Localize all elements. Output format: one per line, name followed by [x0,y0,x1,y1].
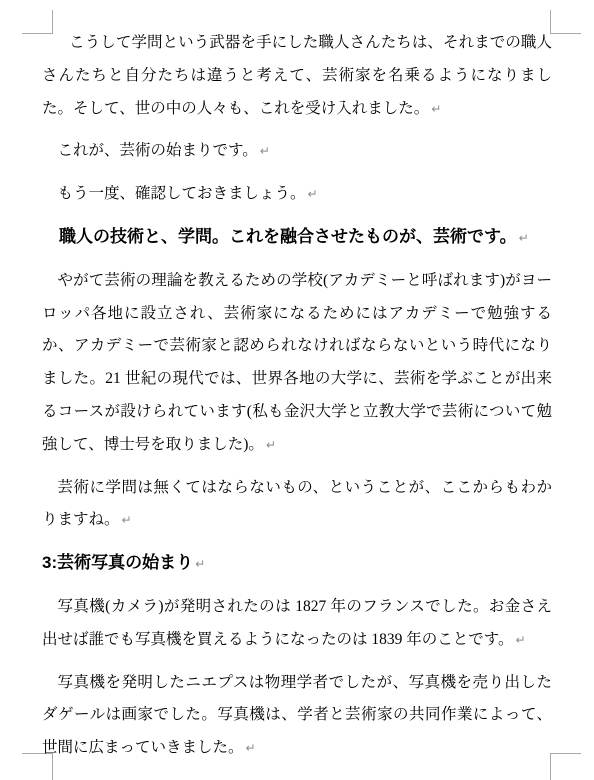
paragraph-text: 写真機(カメラ)が発明されたのは 1827 年のフランスでした。お金さえ出せば誰… [42,598,552,648]
section-heading-text: 3:芸術写真の始まり [42,553,193,572]
paragraph: 写真機を発明したニエプスは物理学者でしたが、写真機を売り出したダゲールは画家でし… [42,667,552,765]
text-body: こうして学問という武器を手にした職人さんたちは、それまでの職人さんたちと自分たち… [42,27,552,775]
section-heading: 3:芸術写真の始まり↵ [42,547,552,581]
paragraph-mark-icon: ↵ [308,187,318,201]
paragraph-mark-icon: ↵ [246,741,256,755]
paragraph-mark-icon: ↵ [266,438,276,452]
paragraph-mark-icon: ↵ [431,102,441,116]
paragraph-text: こうして学問という武器を手にした職人さんたちは、それまでの職人さんたちと自分たち… [42,34,552,117]
paragraph-text: 写真機を発明したニエプスは物理学者でしたが、写真機を売り出したダゲールは画家でし… [42,674,552,757]
paragraph: 写真機(カメラ)が発明されたのは 1827 年のフランスでした。お金さえ出せば誰… [42,591,552,657]
paragraph-mark-icon: ↵ [122,513,132,527]
paragraph-mark-icon: ↵ [516,633,526,647]
emphasized-paragraph: 職人の技術と、学問。これを融合させたものが、芸術です。↵ [42,221,552,255]
crop-mark-bottom-right-icon [550,753,581,780]
paragraph: もう一度、確認しておきましょう。↵ [42,178,552,211]
paragraph: 芸術に学問は無くてはならないもの、ということが、ここからもわかりますね。↵ [42,472,552,538]
crop-mark-top-right-icon [550,10,581,34]
paragraph-text: もう一度、確認しておきましょう。 [58,185,306,202]
paragraph: やがて芸術の理論を教えるための学校(アカデミーと呼ばれます)がヨーロッパ各地に設… [42,265,552,462]
paragraph-text: やがて芸術の理論を教えるための学校(アカデミーと呼ばれます)がヨーロッパ各地に設… [42,272,552,453]
paragraph-text: これが、芸術の始まりです。 [58,142,258,159]
paragraph: こうして学問という武器を手にした職人さんたちは、それまでの職人さんたちと自分たち… [42,27,552,125]
paragraph-mark-icon: ↵ [519,231,529,245]
paragraph-text: 芸術に学問は無くてはならないもの、ということが、ここからもわかりますね。 [42,479,552,529]
paragraph-mark-icon: ↵ [195,557,205,571]
paragraph: これが、芸術の始まりです。↵ [42,135,552,168]
paragraph-mark-icon: ↵ [260,144,270,158]
paragraph-text: 職人の技術と、学問。これを融合させたものが、芸術です。 [59,227,517,246]
document-page: こうして学問という武器を手にした職人さんたちは、それまでの職人さんたちと自分たち… [0,0,594,780]
